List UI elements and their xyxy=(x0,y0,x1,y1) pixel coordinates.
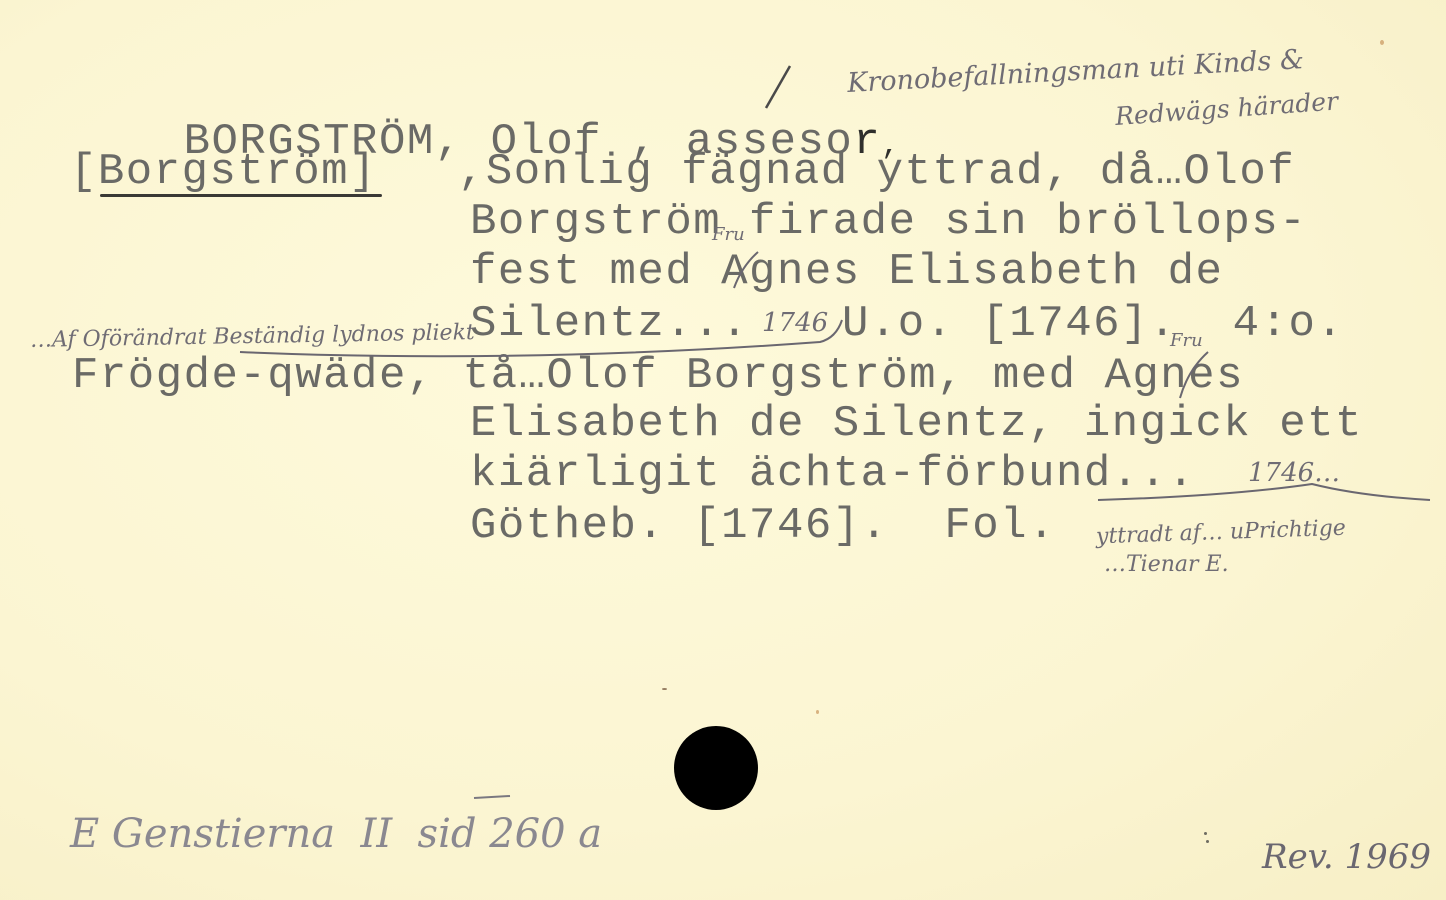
year-annotation-1: 1746 xyxy=(762,310,828,336)
title-line-3: fest med Agnes Elisabeth de xyxy=(470,250,1223,294)
title-line-2: Borgström firade sin bröllops- xyxy=(470,200,1307,244)
suffix-annotation-1: yttradt af… uPrichtige xyxy=(1096,518,1347,549)
title-line-4: Silentz... xyxy=(470,302,749,346)
paper-speck xyxy=(1204,832,1207,835)
year-annotation-2: 1746… xyxy=(1248,460,1340,486)
title-line-1: ,Sonlig fägnad yttrad, då…Olof xyxy=(458,150,1295,194)
second-title-line-3: kiärligit ächta-förbund... xyxy=(470,452,1196,496)
occupation-line-1: Kronobefallningsman uti Kinds & xyxy=(847,46,1305,97)
name-underline xyxy=(100,194,382,197)
catalog-card: BORGSTRÖM, Olof , assesor, Kronobefallni… xyxy=(0,0,1446,900)
imprint-line-2: Götheb. [1746]. Fol. xyxy=(470,504,1056,548)
occupation-line-2: Redwägs härader xyxy=(1114,88,1339,129)
second-title-line-2: Elisabeth de Silentz, ingick ett xyxy=(470,402,1363,446)
paper-speck xyxy=(1206,840,1209,843)
reference-annotation: E Genstierna II sid 260 a xyxy=(70,814,602,854)
second-title-line-1: Frögde-qwäde, tå…Olof Borgström, med Agn… xyxy=(72,354,1244,398)
insert-fru-1: Fru xyxy=(712,226,745,244)
suffix-annotation-2: …Tienar E. xyxy=(1104,554,1229,576)
imprint-line-1: U.o. [1746]. 4:o. xyxy=(842,302,1344,346)
paper-speck xyxy=(816,710,819,714)
prefix-title-annotation: …Af Oförändrat Beständig lydnos pliekt xyxy=(30,322,475,352)
punch-hole xyxy=(674,726,758,810)
bracket-name: [Borgström] xyxy=(70,150,377,194)
paper-speck xyxy=(1380,40,1384,45)
revision-annotation: Rev. 1969 xyxy=(1262,840,1431,874)
insert-fru-2: Fru xyxy=(1170,332,1203,350)
paper-speck xyxy=(662,688,667,690)
